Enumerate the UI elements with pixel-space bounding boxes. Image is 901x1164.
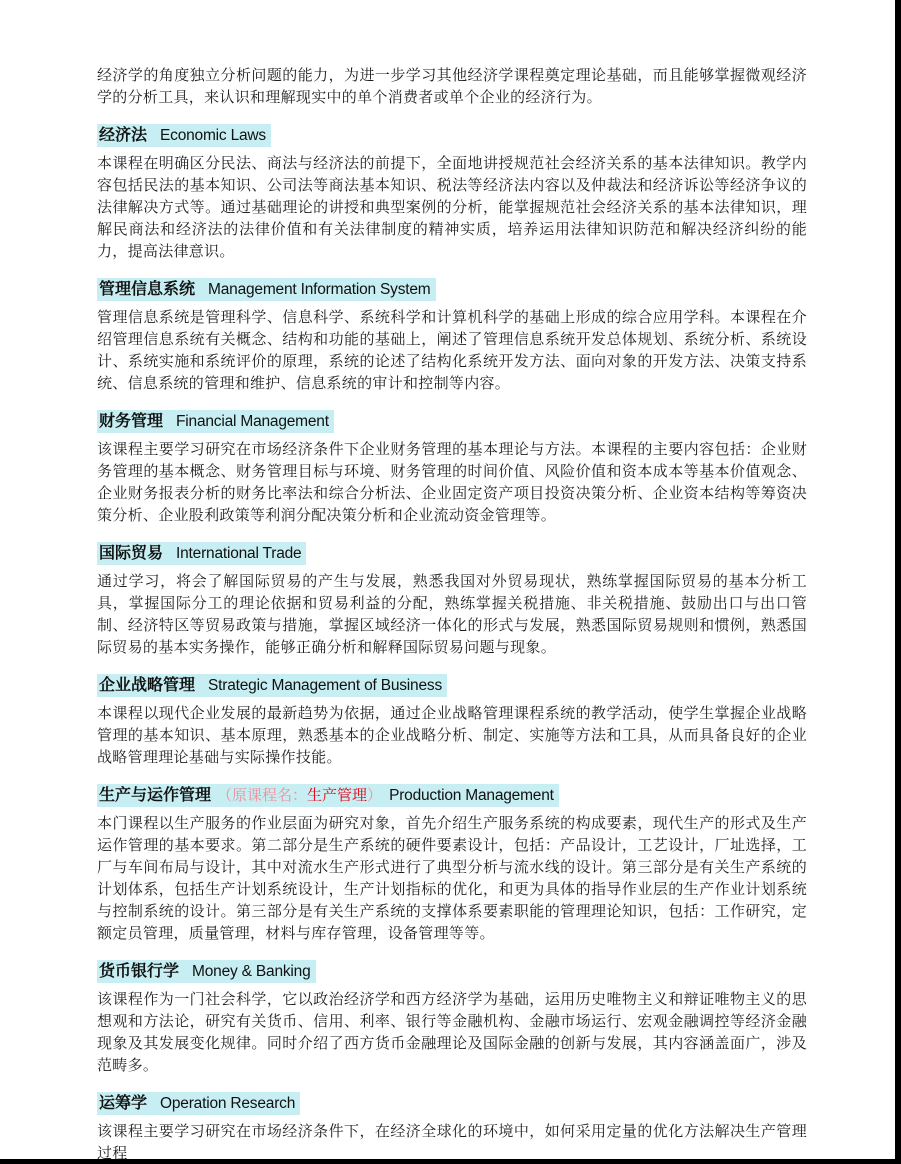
course-note-prefix: （原课程名： bbox=[217, 786, 307, 804]
course-title-zh: 经济法 bbox=[99, 125, 147, 144]
course-heading: 管理信息系统Management Information System bbox=[97, 278, 436, 301]
course-title-zh: 企业战略管理 bbox=[99, 675, 195, 694]
course-description: 该课程作为一门社会科学，它以政治经济学和西方经济学为基础，运用历史唯物主义和辩证… bbox=[97, 988, 807, 1076]
course-section: 企业战略管理Strategic Management of Business 本… bbox=[97, 674, 807, 768]
course-section: 生产与运作管理（原课程名：生产管理）Production Management … bbox=[97, 784, 807, 944]
course-description: 通过学习，将会了解国际贸易的产生与发展，熟悉我国对外贸易现状，熟练掌握国际贸易的… bbox=[97, 570, 807, 658]
course-description: 管理信息系统是管理科学、信息科学、系统科学和计算机科学的基础上形成的综合应用学科… bbox=[97, 306, 807, 394]
course-title-en: Financial Management bbox=[176, 413, 329, 430]
course-title-zh: 国际贸易 bbox=[99, 543, 163, 562]
course-heading: 运筹学Operation Research bbox=[97, 1092, 300, 1115]
document-page: 经济学的角度独立分析问题的能力，为进一步学习其他经济学课程奠定理论基础，而且能够… bbox=[0, 0, 901, 1164]
intro-continuation-paragraph: 经济学的角度独立分析问题的能力，为进一步学习其他经济学课程奠定理论基础，而且能够… bbox=[97, 64, 807, 108]
course-title-zh: 运筹学 bbox=[99, 1093, 147, 1112]
course-heading: 货币银行学Money & Banking bbox=[97, 960, 316, 983]
course-title-en: Management Information System bbox=[208, 281, 431, 298]
course-section: 经济法Economic Laws 本课程在明确区分民法、商法与经济法的前提下，全… bbox=[97, 124, 807, 262]
course-title-zh: 管理信息系统 bbox=[99, 279, 195, 298]
course-heading: 企业战略管理Strategic Management of Business bbox=[97, 674, 447, 697]
course-title-en: Economic Laws bbox=[160, 127, 266, 144]
course-title-en: Strategic Management of Business bbox=[208, 677, 442, 694]
course-descriptions: 经济学的角度独立分析问题的能力，为进一步学习其他经济学课程奠定理论基础，而且能够… bbox=[97, 64, 807, 1164]
course-title-en: Operation Research bbox=[160, 1095, 295, 1112]
course-section: 财务管理Financial Management 该课程主要学习研究在市场经济条… bbox=[97, 410, 807, 526]
course-description: 本课程以现代企业发展的最新趋势为依据，通过企业战略管理课程系统的教学活动，使学生… bbox=[97, 702, 807, 768]
course-description: 该课程主要学习研究在市场经济条件下企业财务管理的基本理论与方法。本课程的主要内容… bbox=[97, 438, 807, 526]
course-section: 货币银行学Money & Banking 该课程作为一门社会科学，它以政治经济学… bbox=[97, 960, 807, 1076]
course-former-name: 生产管理 bbox=[307, 786, 367, 804]
course-heading: 经济法Economic Laws bbox=[97, 124, 271, 147]
course-heading: 国际贸易International Trade bbox=[97, 542, 306, 565]
course-title-zh: 生产与运作管理 bbox=[99, 785, 211, 804]
course-heading: 生产与运作管理（原课程名：生产管理）Production Management bbox=[97, 784, 559, 807]
course-title-zh: 货币银行学 bbox=[99, 961, 179, 980]
course-title-en: Production Management bbox=[389, 787, 554, 804]
course-description: 该课程主要学习研究在市场经济条件下，在经济全球化的环境中，如何采用定量的优化方法… bbox=[97, 1120, 807, 1164]
scan-edge-bottom bbox=[0, 1159, 901, 1164]
course-title-en: International Trade bbox=[176, 545, 301, 562]
scan-edge-right bbox=[895, 0, 901, 1164]
course-description: 本门课程以生产服务的作业层面为研究对象，首先介绍生产服务系统的构成要素，现代生产… bbox=[97, 812, 807, 944]
course-section: 运筹学Operation Research 该课程主要学习研究在市场经济条件下，… bbox=[97, 1092, 807, 1164]
course-section: 国际贸易International Trade 通过学习，将会了解国际贸易的产生… bbox=[97, 542, 807, 658]
course-section: 管理信息系统Management Information System 管理信息… bbox=[97, 278, 807, 394]
course-description: 本课程在明确区分民法、商法与经济法的前提下，全面地讲授规范社会经济关系的基本法律… bbox=[97, 152, 807, 262]
course-heading: 财务管理Financial Management bbox=[97, 410, 334, 433]
course-title-en: Money & Banking bbox=[192, 963, 311, 980]
course-note-suffix: ） bbox=[367, 786, 382, 804]
course-section-list: 经济法Economic Laws 本课程在明确区分民法、商法与经济法的前提下，全… bbox=[97, 124, 807, 1164]
course-title-zh: 财务管理 bbox=[99, 411, 163, 430]
